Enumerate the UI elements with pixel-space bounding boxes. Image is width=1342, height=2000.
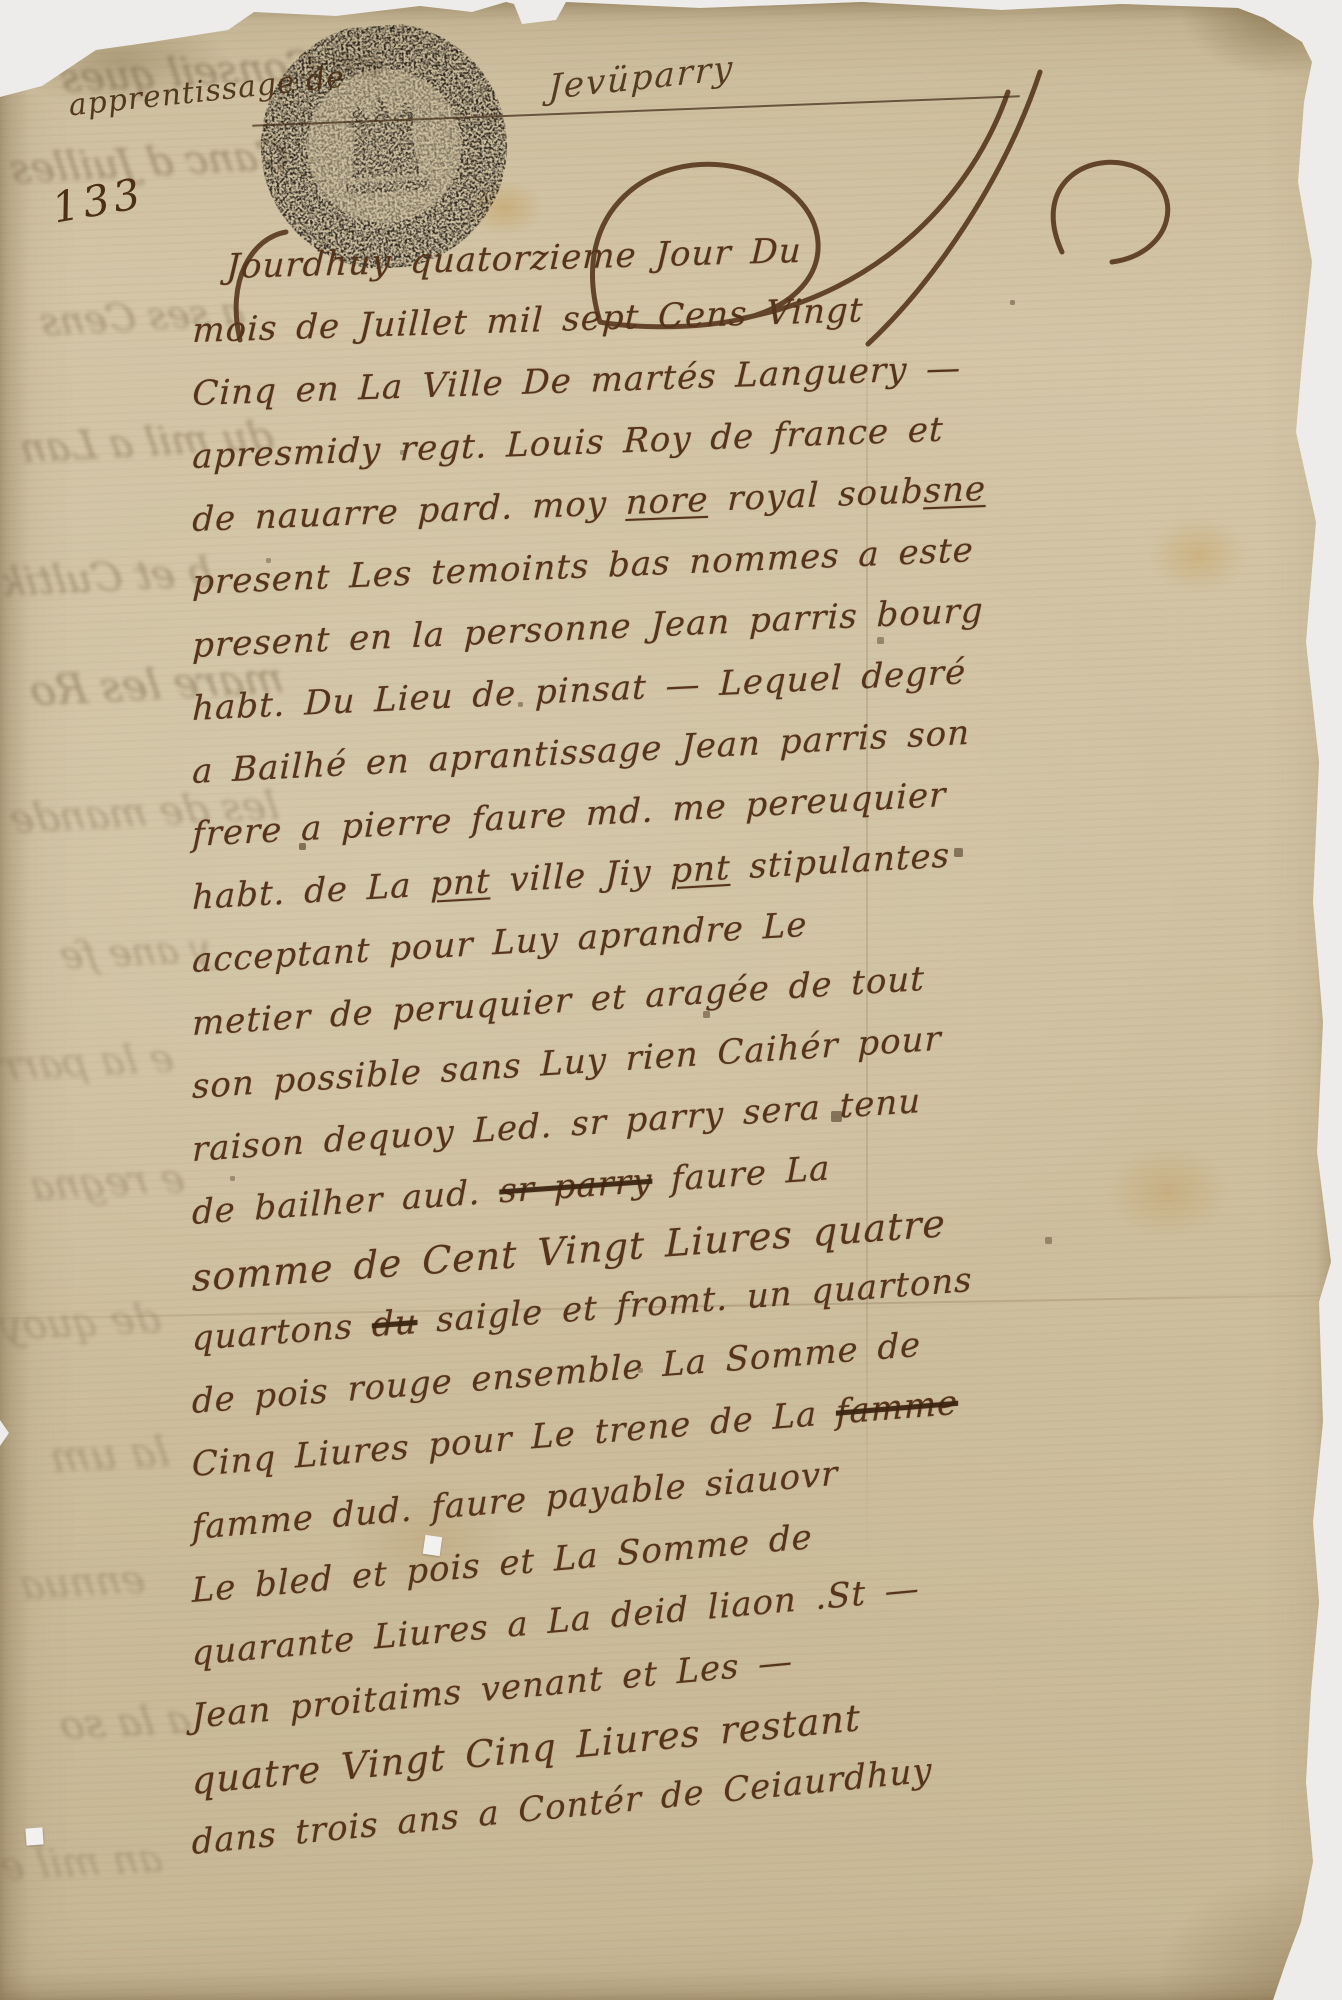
- bleedthrough-fragment: an mil e: [0, 1836, 166, 1890]
- paper-hole: [25, 1827, 43, 1845]
- bleedthrough-fragment: la um: [46, 1427, 172, 1482]
- notary-paraph: Jevüparry: [548, 48, 735, 108]
- underlined-abbreviation: sne: [923, 469, 987, 512]
- underlined-abbreviation: nore: [625, 480, 709, 523]
- underlined-abbreviation: pnt: [670, 848, 731, 891]
- bleedthrough-fragment: b et Cultik: [0, 550, 217, 607]
- paper-hole: [423, 1535, 442, 1556]
- text-segment: royal soub: [708, 471, 924, 519]
- aged-paper-sheet: en Conseil quesCanc d Juillesa ses Censd…: [0, 0, 1342, 2000]
- ink-specks: [0, 0, 1, 1]
- ink-stamp: [250, 18, 518, 277]
- scanned-manuscript-page: en Conseil quesCanc d Juillesa ses Censd…: [0, 0, 1342, 2000]
- underlined-abbreviation: pnt: [430, 861, 491, 904]
- struck-text: famme: [836, 1383, 959, 1433]
- manuscript-lines: Jourdhuy quatorzieme Jour Dumois de Juil…: [192, 248, 1072, 1886]
- bleedthrough-fragment: de quoy: [0, 1296, 164, 1350]
- bleedthrough-fragment: e regna: [26, 1156, 187, 1210]
- bleedthrough-fragment: ennua: [16, 1557, 148, 1609]
- bleedthrough-fragment: e la parr: [0, 1036, 177, 1091]
- bleedthrough-fragment: a la so: [56, 1697, 194, 1750]
- page-number: 133: [48, 168, 147, 232]
- struck-text: du: [372, 1302, 418, 1346]
